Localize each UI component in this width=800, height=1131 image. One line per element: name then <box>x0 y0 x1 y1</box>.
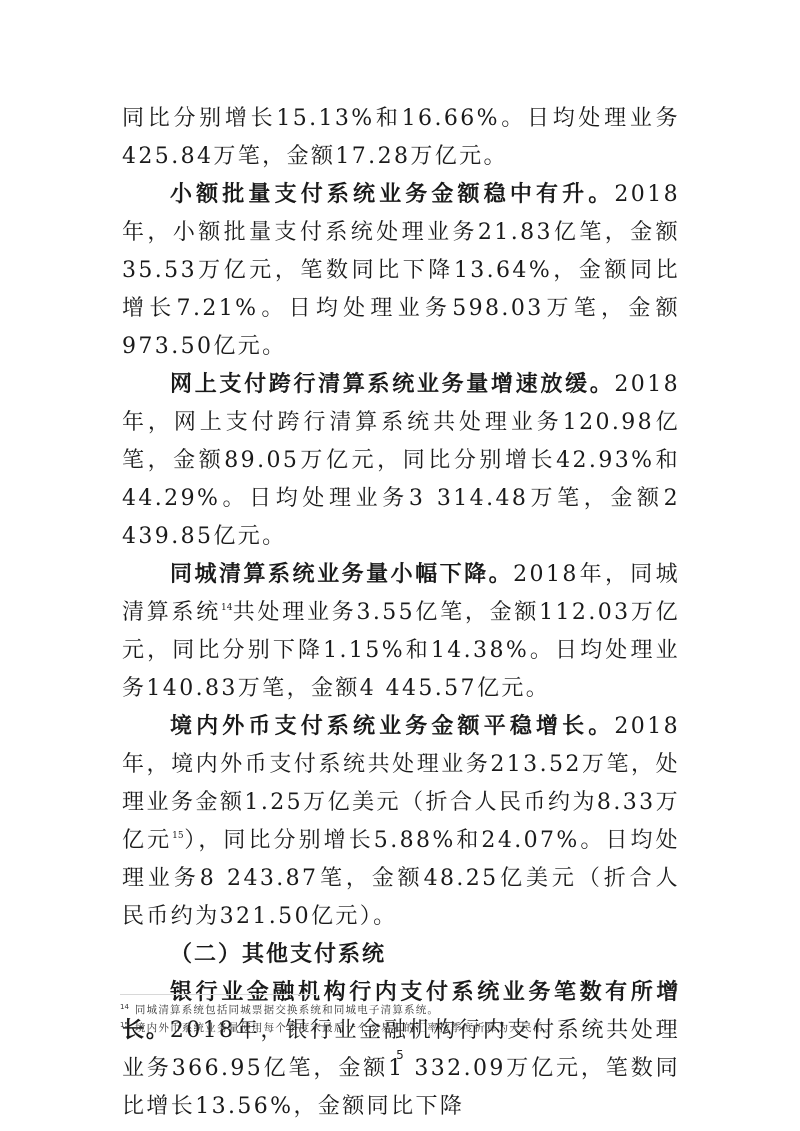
footnote-text: 同城清算系统包括同城票据交换系统和同城电子清算系统。 <box>135 1004 439 1016</box>
paragraph-lead: 网上支付跨行清算系统业务量增速放缓。 <box>170 372 614 397</box>
body-text: 同比分别增长15.13%和16.66%。日均处理业务425.84万笔，金额17.… <box>122 100 680 1126</box>
paragraph-foreign-currency-payment: 境内外币支付系统业务金额平稳增长。2018年，境内外币支付系统共处理业务213.… <box>122 708 680 936</box>
paragraph-text: 2018年，网上支付跨行清算系统共处理业务120.98亿笔，金额89.05万亿元… <box>122 372 680 549</box>
footnote-text: 境内外币系统业务量使用每个季度末最后一个交易日的汇率按季度折算为人民币。 <box>135 1022 556 1034</box>
paragraph-text: 同比分别增长15.13%和16.66%。日均处理业务425.84万笔，金额17.… <box>122 106 680 169</box>
footnote-15: 15境内外币系统业务量使用每个季度末最后一个交易日的汇率按季度折算为人民币。 <box>120 1018 680 1036</box>
paragraph-lead: 境内外币支付系统业务金额平稳增长。 <box>170 714 614 739</box>
footnote-ref-14[interactable]: 14 <box>221 603 232 613</box>
footnote-number: 14 <box>120 1003 129 1011</box>
document-page: 同比分别增长15.13%和16.66%。日均处理业务425.84万笔，金额17.… <box>0 0 800 1131</box>
footnote-divider <box>120 994 316 995</box>
paragraph-text: 2018年，小额批量支付系统处理业务21.83亿笔，金额35.53万亿元，笔数同… <box>122 182 680 359</box>
page-number: 5 <box>0 1048 800 1062</box>
section-heading: （二）其他支付系统 <box>122 936 680 974</box>
paragraph-lead: 同城清算系统业务量小幅下降。 <box>170 562 513 587</box>
paragraph-continuation: 同比分别增长15.13%和16.66%。日均处理业务425.84万笔，金额17.… <box>122 100 680 176</box>
footnote-14: 14同城清算系统包括同城票据交换系统和同城电子清算系统。 <box>120 1000 680 1018</box>
paragraph-online-payment-clearing: 网上支付跨行清算系统业务量增速放缓。2018年，网上支付跨行清算系统共处理业务1… <box>122 366 680 556</box>
paragraph-text: ），同比分别增长5.88%和24.07%。日均处理业务8 243.87笔，金额4… <box>122 828 680 929</box>
paragraph-small-batch-payment: 小额批量支付系统业务金额稳中有升。2018年，小额批量支付系统处理业务21.83… <box>122 176 680 366</box>
paragraph-local-clearing: 同城清算系统业务量小幅下降。2018年，同城清算系统14共处理业务3.55亿笔，… <box>122 556 680 708</box>
footnotes: 14同城清算系统包括同城票据交换系统和同城电子清算系统。 15境内外币系统业务量… <box>120 1000 680 1036</box>
paragraph-lead: 小额批量支付系统业务金额稳中有升。 <box>170 182 614 207</box>
footnote-ref-15[interactable]: 15 <box>172 831 183 841</box>
footnote-number: 15 <box>120 1021 129 1029</box>
